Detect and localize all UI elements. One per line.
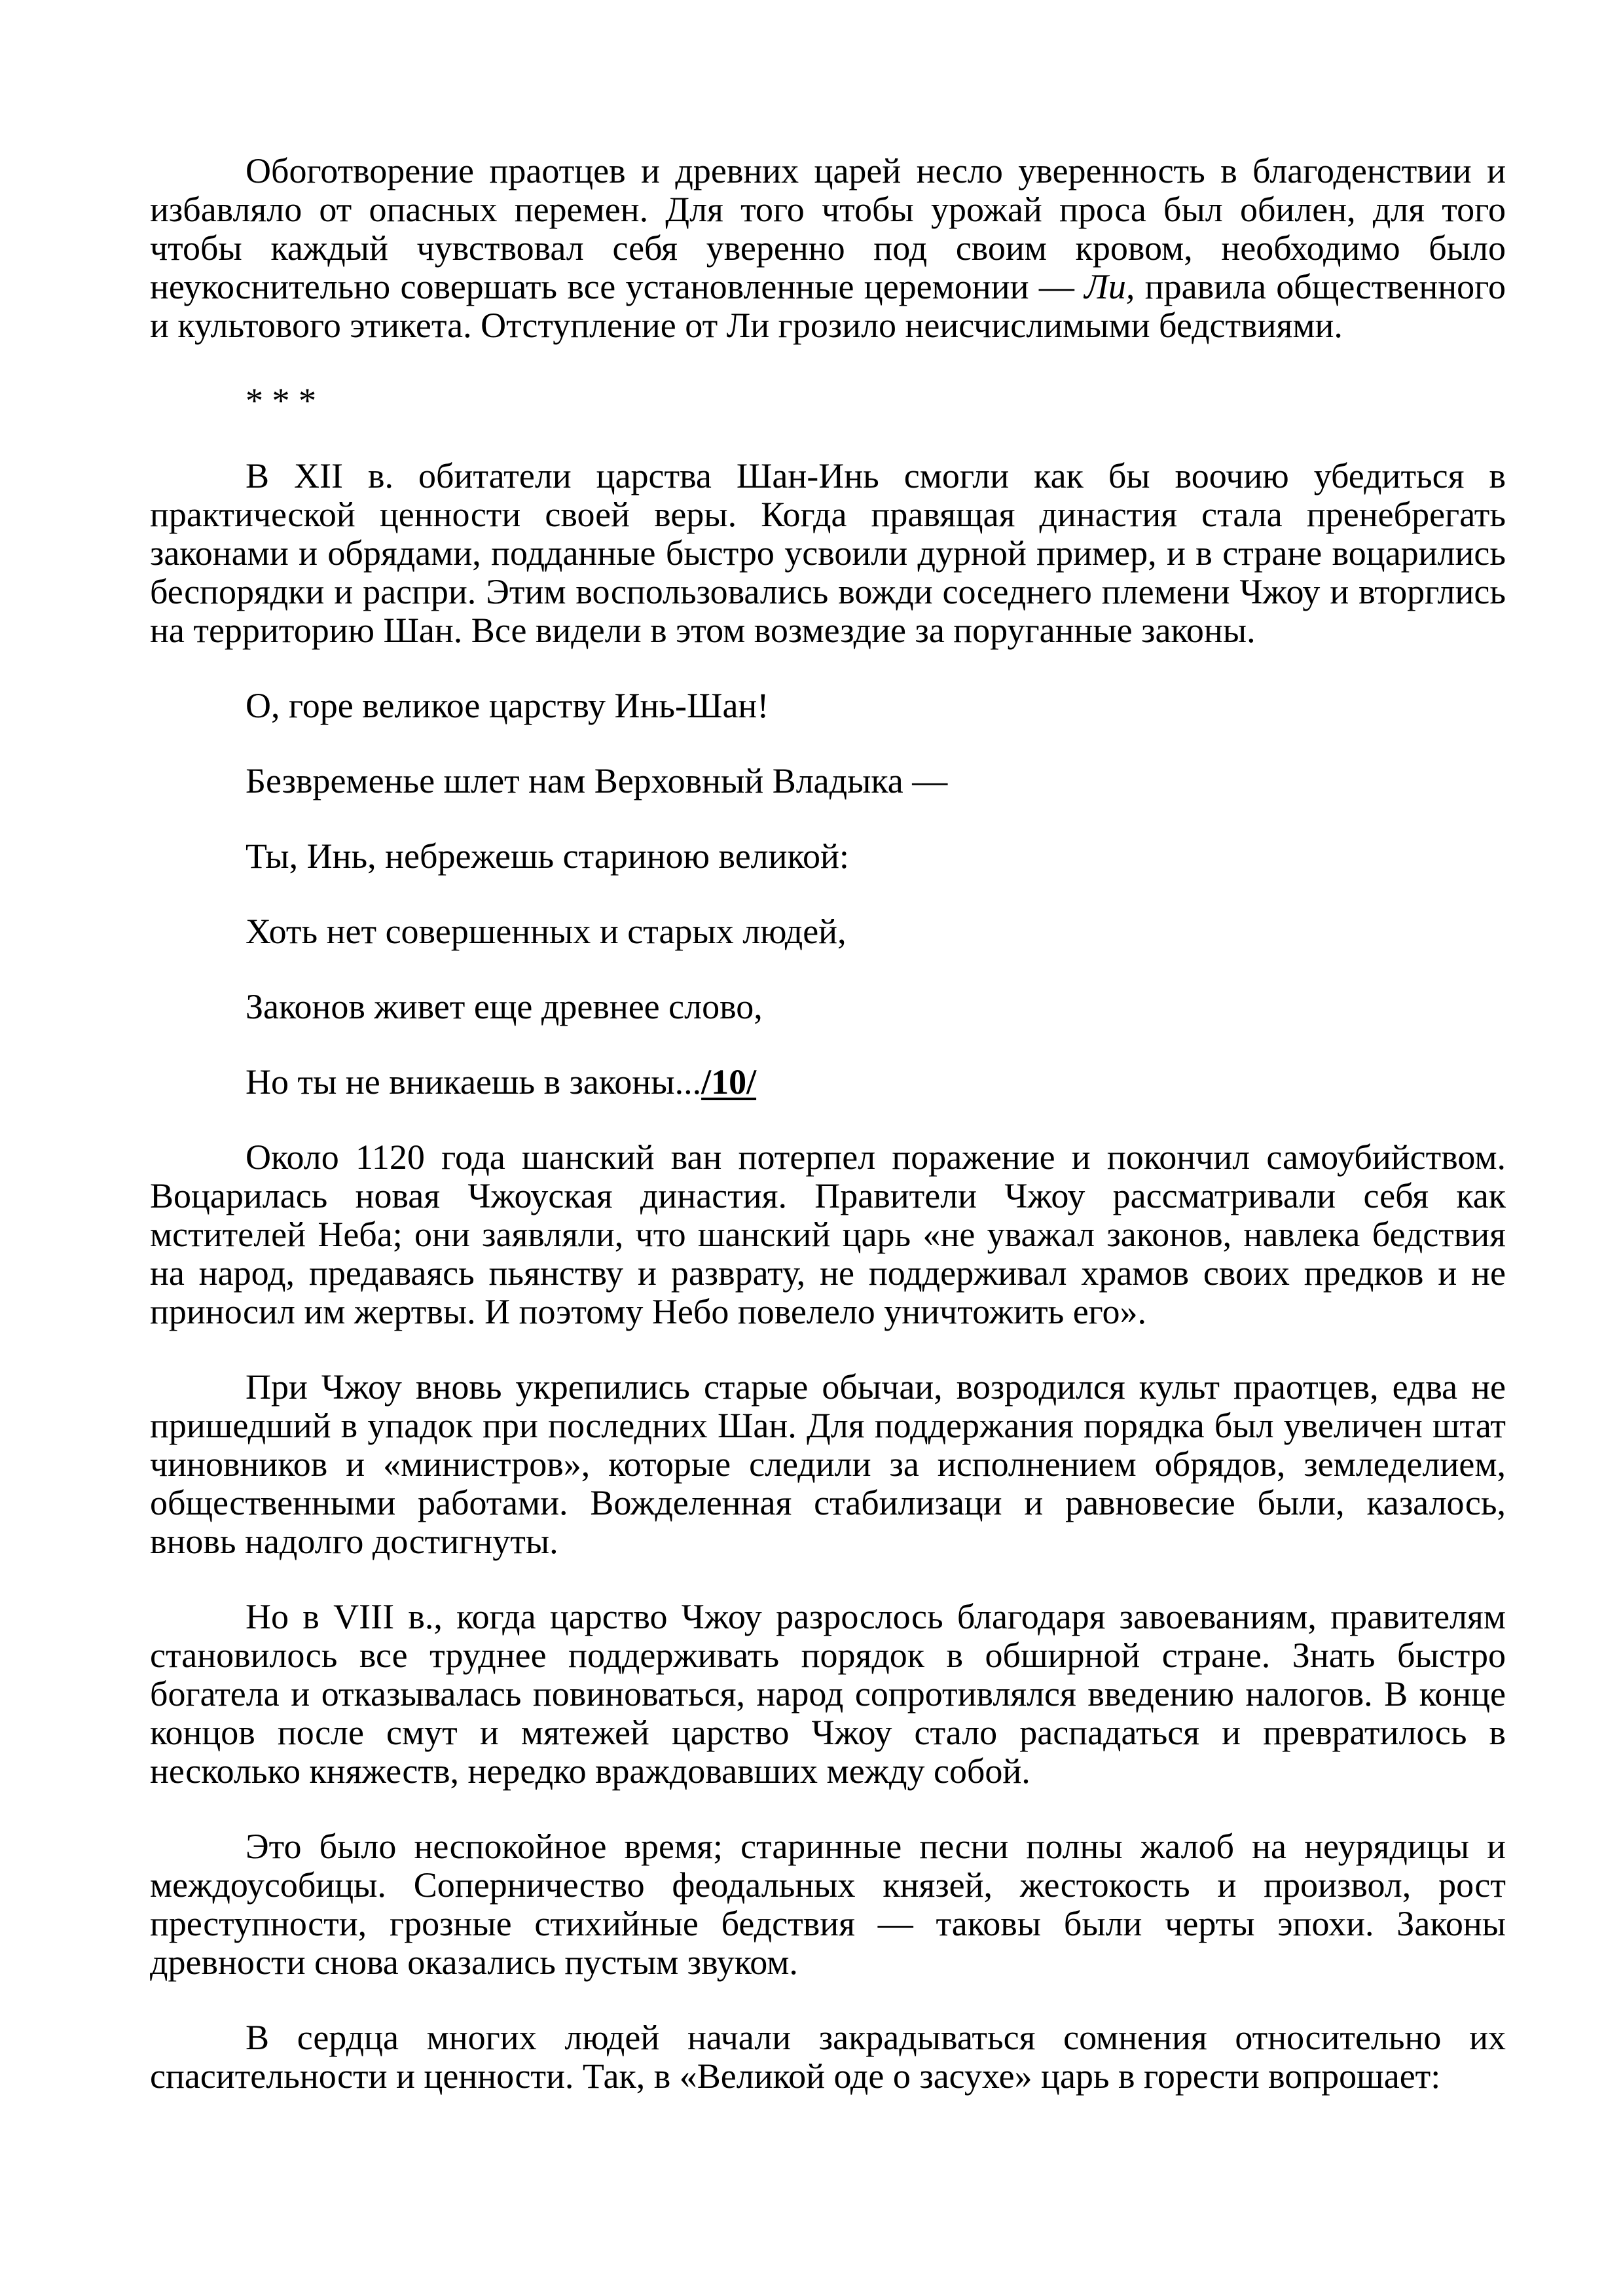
paragraph-zhou-customs: При Чжоу вновь укрепились старые обычаи,… bbox=[150, 1368, 1506, 1561]
paragraph-doubts: В сердца многих людей начали закрадывать… bbox=[150, 2018, 1506, 2096]
poem-line: Ты, Инь, небрежешь стариною великой: bbox=[150, 837, 1506, 876]
poem-line: О, горе великое царству Инь-Шан! bbox=[150, 687, 1506, 725]
poem-line-last: Но ты не вникаешь в законы.../10/ bbox=[150, 1063, 1506, 1102]
paragraph-deification: Обоготворение праотцев и древних царей н… bbox=[150, 152, 1506, 345]
section-separator: * * * bbox=[150, 382, 1506, 420]
paragraph-zhou-dynasty: Около 1120 года шанский ван потерпел пор… bbox=[150, 1138, 1506, 1331]
poem: О, горе великое царству Инь-Шан! Безврем… bbox=[150, 687, 1506, 1102]
footnote-reference-link[interactable]: /10/ bbox=[701, 1062, 756, 1102]
paragraph-turbulent-time: Это было неспокойное время; старинные пе… bbox=[150, 1827, 1506, 1982]
paragraph-shang-yin: В XII в. обитатели царства Шан-Инь смогл… bbox=[150, 457, 1506, 650]
document-page: Обоготворение праотцев и древних царей н… bbox=[150, 152, 1506, 2132]
poem-line-text: Но ты не вникаешь в законы... bbox=[246, 1062, 701, 1102]
poem-line: Хоть нет совершенных и старых людей, bbox=[150, 912, 1506, 951]
poem-line: Законов живет еще древнее слово, bbox=[150, 988, 1506, 1026]
poem-line: Безвременье шлет нам Верховный Владыка — bbox=[150, 762, 1506, 800]
paragraph-eighth-century: Но в VIII в., когда царство Чжоу разросл… bbox=[150, 1598, 1506, 1791]
italic-term-li: Ли, bbox=[1084, 267, 1135, 306]
